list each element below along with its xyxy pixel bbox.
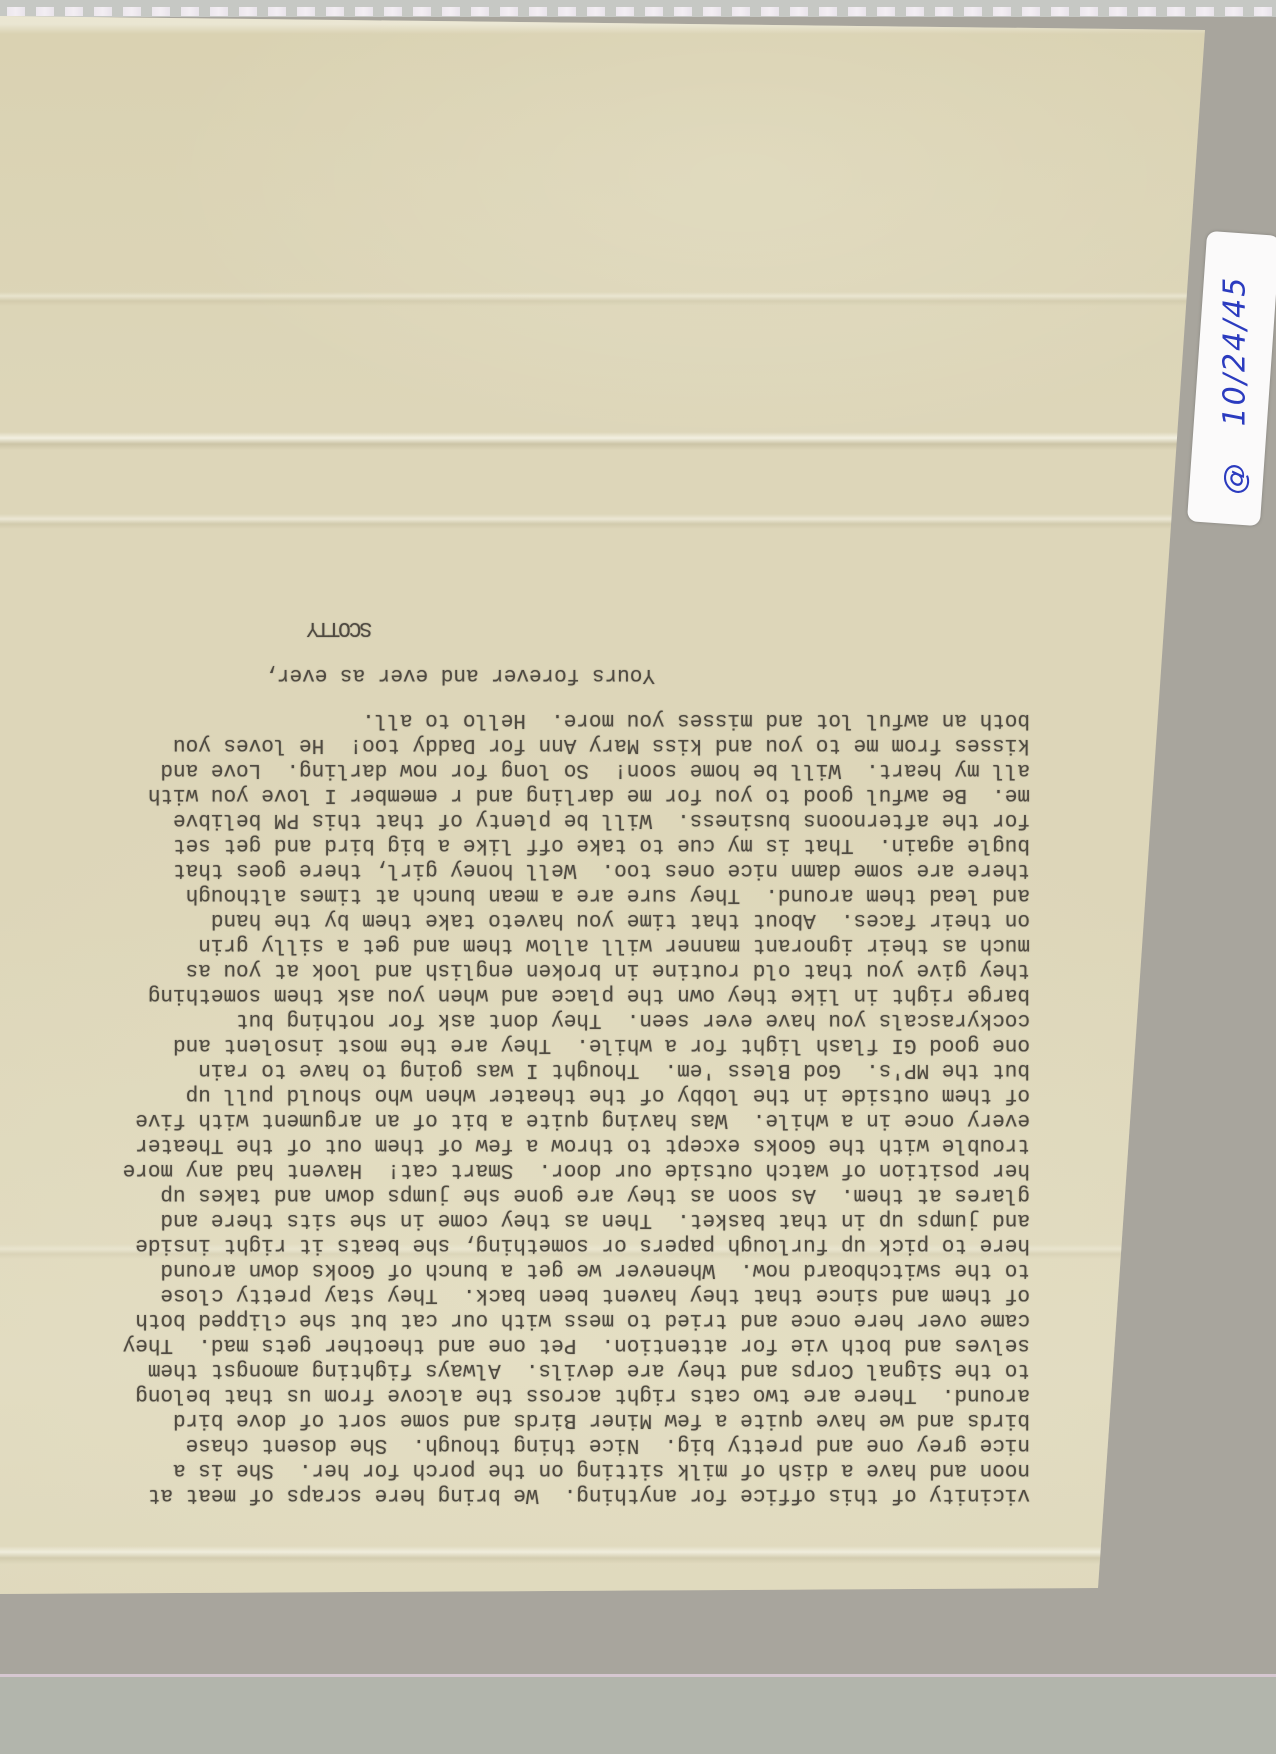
letter-line: me. Be awful good to you for me darling … [95, 782, 1030, 807]
letter-line: and lead them around. They sure are a me… [95, 882, 1030, 907]
letter-closing: Yours forever and ever as ever, [95, 662, 655, 687]
scanner-band-divider [0, 1674, 1276, 1677]
archive-label-date: 10/24/45 [1217, 276, 1252, 427]
letter-line: every once in a while. Was having quite … [95, 1107, 1030, 1132]
at-symbol: @ [1214, 460, 1255, 498]
letter-body: vicinity of this office for anything. We… [95, 707, 1030, 1507]
letter-line: they give you that old routine in broken… [95, 957, 1030, 982]
letter-line: and jumps up in that basket. Then as the… [95, 1207, 1030, 1232]
letter-line: trouble with the Gooks except to throw a… [95, 1132, 1030, 1157]
letter-line: much as their ignorant manner will allow… [95, 932, 1030, 957]
letter-signature: SCOTTY [95, 615, 372, 640]
letter-line: all my heart. Will be home soon! So long… [95, 757, 1030, 782]
letter-line: of them outside in the lobby of the thea… [95, 1082, 1030, 1107]
letter-line: but the MP's. God Bless 'em. Thought I w… [95, 1057, 1030, 1082]
letter-line: her position of watch outside our door. … [95, 1157, 1030, 1182]
letter-line: to the switchboard now. Whenever we get … [95, 1257, 1030, 1282]
letter-line: nice grey one and pretty big. Nice thing… [95, 1432, 1030, 1457]
sleeve-perforations [2, 7, 1276, 16]
letter-line: of them and since that they havent been … [95, 1282, 1030, 1307]
letter-line: came over here once and tried to mess wi… [95, 1307, 1030, 1332]
sleeve-edge-strip [0, 0, 1276, 17]
scanner-background-lower [0, 1677, 1276, 1754]
letter-line: birds and we have quite a few Miner Bird… [95, 1407, 1030, 1432]
letter-line: here to pick up furlough papers or somet… [95, 1232, 1030, 1257]
letter-line: noon and have a dish of milk sitting on … [95, 1457, 1030, 1482]
letter-line: selves and both vie for attention. Pet o… [95, 1332, 1030, 1357]
letter-text-block: vicinity of this office for anything. We… [95, 592, 1030, 1507]
letter-line: one good GI flash light for a while. The… [95, 1032, 1030, 1057]
letter-line: around. There are two cats right across … [95, 1382, 1030, 1407]
letter-line: cockyrascals you have ever seen. They do… [95, 1007, 1030, 1032]
letter-line: bugle again. That is my cue to take off … [95, 832, 1030, 857]
letter-line: to the Signal Corps and they are devils.… [95, 1357, 1030, 1382]
letter-line: barge right in like they own the place a… [95, 982, 1030, 1007]
letter-line: kisses from me to you and kiss Mary Ann … [95, 732, 1030, 757]
letter-line: vicinity of this office for anything. We… [95, 1482, 1030, 1507]
archive-label: 10/24/45 @ [1187, 231, 1276, 526]
letter-line: on their faces. About that time you have… [95, 907, 1030, 932]
letter-line: there are some damn nice ones too. Well … [95, 857, 1030, 882]
letter-line: both an awful lot and misses you more. H… [95, 707, 1030, 732]
letter-line: glares at them. As soon as they are gone… [95, 1182, 1030, 1207]
letter-line: for the afternoons business. Will be ple… [95, 807, 1030, 832]
